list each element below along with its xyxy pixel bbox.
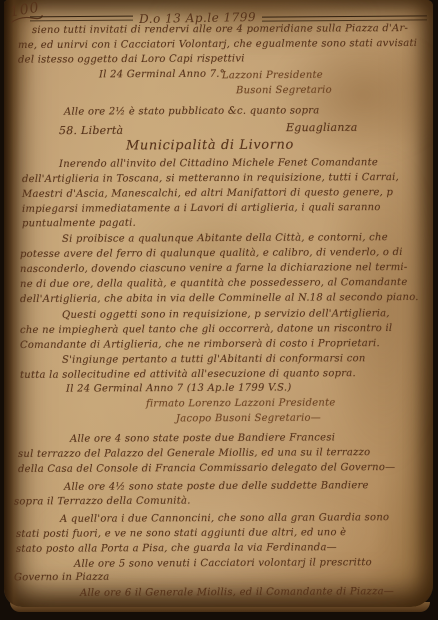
manuscript-line: nasconderlo, dovendo ciascuno venire a f…: [20, 262, 408, 275]
manuscript-line: Alle ore 5 sono venuti i Cacciatori volo…: [74, 557, 372, 570]
manuscript-line: Lazzoni Presidente: [222, 70, 323, 82]
manuscript-line: della Casa del Console di Francia Commis…: [18, 462, 395, 475]
manuscript-line: Municipalità di Livorno: [126, 138, 294, 154]
manuscript-line: Comandante di Artiglieria, che ne rimbor…: [20, 338, 380, 351]
manuscript-line: sopra il Terrazzo della Comunità.: [14, 496, 191, 508]
manuscript-line: sieno tutti invitati di rendervi alle or…: [32, 23, 408, 36]
manuscript-line: ne di due ore, della qualità, e quantità…: [20, 277, 408, 290]
manuscript-line: dell'Artiglieria, che abita in via delle…: [20, 292, 419, 305]
manuscript-line: Si proibisce a qualunque Abitante della …: [62, 232, 388, 245]
manuscript-line: Maestri d'Ascia, Manescalchi, ed altri M…: [22, 187, 393, 200]
manuscript-line: Eguaglianza: [286, 121, 358, 134]
manuscript-line: Alle ore 4 sono state poste due Bandiere…: [70, 432, 335, 444]
manuscript-line: Alle ore 6 il Generale Miollis, ed il Co…: [80, 586, 394, 599]
manuscript-line: Alle ore 4½ sono state poste due delle s…: [64, 480, 369, 493]
manuscript-line: Questi oggetti sono in requisizione, p s…: [62, 308, 390, 321]
manuscript-line: stato posto alla Porta a Pisa, che guard…: [16, 542, 337, 555]
manuscript-line: 58. Libertà: [59, 124, 123, 137]
manuscript-line: potesse avere del ferro di qualunque qua…: [20, 247, 403, 260]
manuscript-line: Il 24 Germinal Anno 7.°: [99, 69, 225, 81]
text-layer: sieno tutti invitati di rendervi alle or…: [4, 0, 433, 607]
manuscript-line: Jacopo Busoni Segretario—: [176, 413, 321, 425]
manuscript-line: puntualmente pagati.: [22, 218, 136, 230]
manuscript-line: firmato Lorenzo Lazzoni Presidente: [146, 398, 336, 410]
manuscript-line: Alle ore 2½ è stato pubblicato &c. quant…: [64, 105, 320, 117]
manuscript-line: Inerendo all'invito del Cittadino Michel…: [59, 157, 378, 170]
scanned-photo: 100 D.o 13 Ap.le 1799 sieno tutti invita…: [0, 0, 438, 620]
manuscript-line: stati posti fuori, e ve ne sono stati ag…: [16, 527, 346, 540]
manuscript-line: del istesso oggetto dai Loro Capi rispet…: [18, 53, 245, 65]
manuscript-line: A quell'ora i due Cannoncini, che sono a…: [60, 512, 389, 525]
manuscript-line: impiegarsi immediatamente a i Lavori di …: [22, 202, 381, 215]
manuscript-line: S'ingiunge pertanto a tutti gl'Abitanti …: [62, 353, 366, 366]
manuscript-line: Il 24 Germinal Anno 7 (13 Ap.le 1799 V.S…: [66, 382, 292, 394]
manuscript-line: sul terrazzo del Palazzo del Generale Mi…: [18, 447, 370, 460]
manuscript-line: tutta la sollecitudine ed attività all'e…: [20, 368, 356, 381]
manuscript-line: che ne impiegherà quel tanto che gli occ…: [20, 323, 392, 336]
manuscript-line: Busoni Segretario: [236, 85, 332, 97]
manuscript-line: dell'Artiglieria in Toscana, si metteran…: [22, 172, 399, 185]
manuscript-line: Governo in Piazza: [14, 572, 110, 583]
manuscript-page: 100 D.o 13 Ap.le 1799 sieno tutti invita…: [4, 0, 433, 607]
manuscript-line: me, ed unirvi con i Cacciatori Volontarj…: [18, 38, 417, 51]
